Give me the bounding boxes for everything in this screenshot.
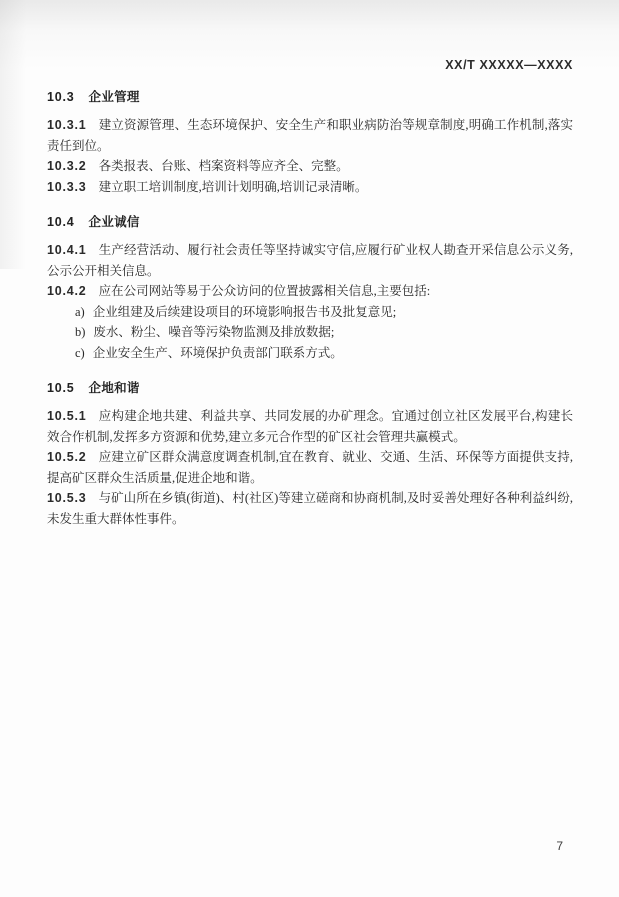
standard-code-header: XX/T XXXXX—XXXX bbox=[47, 58, 573, 72]
clause-number: 10.5.3 bbox=[47, 491, 87, 505]
clause-number: 10.4.2 bbox=[47, 284, 87, 298]
list-item-c: c)企业安全生产、环境保护负责部门联系方式。 bbox=[47, 343, 573, 364]
clause-number: 10.5.1 bbox=[47, 409, 87, 423]
clause-text: 与矿山所在乡镇(街道)、村(社区)等建立磋商和协商机制,及时妥善处理好各种利益纠… bbox=[47, 491, 573, 526]
section-title-text: 企业管理 bbox=[89, 90, 140, 104]
clause-10-3-2: 10.3.2各类报表、台账、档案资料等应齐全、完整。 bbox=[47, 156, 573, 177]
clause-text: 应构建企地共建、利益共享、共同发展的办矿理念。宜通过创立社区发展平台,构建长效合… bbox=[47, 409, 573, 444]
clause-10-3-3: 10.3.3建立职工培训制度,培训计划明确,培训记录清晰。 bbox=[47, 177, 573, 198]
clause-text: 应建立矿区群众满意度调查机制,宜在教育、就业、交通、生活、环保等方面提供支持,提… bbox=[47, 450, 573, 485]
list-item-b: b)废水、粉尘、噪音等污染物监测及排放数据; bbox=[47, 322, 573, 343]
section-number: 10.5 bbox=[47, 381, 75, 395]
section-title-text: 企地和谐 bbox=[89, 381, 140, 395]
clause-text: 建立资源管理、生态环境保护、安全生产和职业病防治等规章制度,明确工作机制,落实责… bbox=[47, 118, 573, 153]
clause-10-5-2: 10.5.2应建立矿区群众满意度调查机制,宜在教育、就业、交通、生活、环保等方面… bbox=[47, 447, 573, 488]
list-item-text: 企业安全生产、环境保护负责部门联系方式。 bbox=[93, 346, 343, 360]
clause-number: 10.3.2 bbox=[47, 159, 87, 173]
clause-number: 10.3.1 bbox=[47, 118, 87, 132]
clause-10-5-1: 10.5.1应构建企地共建、利益共享、共同发展的办矿理念。宜通过创立社区发展平台… bbox=[47, 406, 573, 447]
clause-text: 应在公司网站等易于公众访问的位置披露相关信息,主要包括: bbox=[99, 284, 431, 298]
document-page: { "page": { "header_code": "XX/T XXXXX—X… bbox=[0, 0, 619, 897]
section-heading-10-3: 10.3企业管理 bbox=[47, 87, 573, 105]
clause-text: 各类报表、台账、档案资料等应齐全、完整。 bbox=[99, 159, 349, 173]
clause-number: 10.5.2 bbox=[47, 450, 87, 464]
list-item-text: 废水、粉尘、噪音等污染物监测及排放数据; bbox=[93, 325, 334, 339]
list-item-label: a) bbox=[75, 305, 85, 319]
section-number: 10.3 bbox=[47, 90, 75, 104]
clause-10-4-1: 10.4.1生产经营活动、履行社会责任等坚持诚实守信,应履行矿业权人勘查开采信息… bbox=[47, 240, 573, 281]
clause-10-3-1: 10.3.1建立资源管理、生态环境保护、安全生产和职业病防治等规章制度,明确工作… bbox=[47, 115, 573, 156]
list-item-label: c) bbox=[75, 346, 85, 360]
clause-text: 建立职工培训制度,培训计划明确,培训记录清晰。 bbox=[99, 180, 368, 194]
clause-number: 10.3.3 bbox=[47, 180, 87, 194]
list-item-text: 企业组建及后续建设项目的环境影响报告书及批复意见; bbox=[93, 305, 396, 319]
list-item-label: b) bbox=[75, 325, 85, 339]
clause-10-5-3: 10.5.3与矿山所在乡镇(街道)、村(社区)等建立磋商和协商机制,及时妥善处理… bbox=[47, 488, 573, 529]
section-number: 10.4 bbox=[47, 215, 75, 229]
section-heading-10-5: 10.5企地和谐 bbox=[47, 378, 573, 396]
page-content: XX/T XXXXX—XXXX 10.3企业管理 10.3.1建立资源管理、生态… bbox=[0, 0, 619, 529]
list-item-a: a)企业组建及后续建设项目的环境影响报告书及批复意见; bbox=[47, 302, 573, 323]
section-heading-10-4: 10.4企业诚信 bbox=[47, 212, 573, 230]
clause-number: 10.4.1 bbox=[47, 243, 87, 257]
page-number: 7 bbox=[556, 839, 563, 853]
clause-text: 生产经营活动、履行社会责任等坚持诚实守信,应履行矿业权人勘查开采信息公示义务,公… bbox=[47, 243, 573, 278]
section-title-text: 企业诚信 bbox=[89, 215, 140, 229]
clause-10-4-2: 10.4.2应在公司网站等易于公众访问的位置披露相关信息,主要包括: bbox=[47, 281, 573, 302]
